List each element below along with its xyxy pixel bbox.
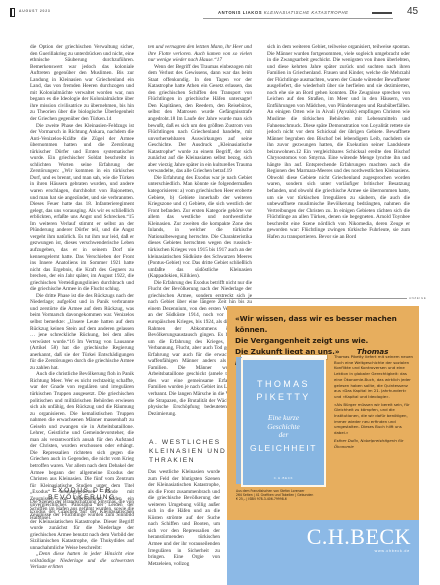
book-details: Aus dem Französischen von Stefan Lorenze…: [236, 490, 346, 502]
endorsement-text: «Als Bürger müssen wir bereit sein, für …: [334, 402, 414, 436]
book-detail-line: € 25,– | ISBN 978-3-406-79998-6: [236, 498, 346, 502]
header-bar: [372, 12, 392, 14]
book-publisher: C.H.BECK: [243, 476, 324, 480]
publisher-logo[interactable]: C.H.BECK: [307, 524, 411, 550]
section-heading-west: A. WESTLICHES KLEINASIEN UND THRAKIEN: [149, 438, 229, 465]
running-header: August 2023 ANTONIS LIAKOS KLEINASIATISC…: [0, 0, 440, 30]
book-subtitle-line: der: [243, 431, 324, 440]
article-column-1: die Option der griechischen Verwaltung s…: [30, 44, 134, 522]
page-number: 45: [407, 6, 418, 17]
blurb-text: Thomas Piketty liefert mit seinem neuen …: [334, 354, 414, 400]
paragraph: die Option der griechischen Verwaltung s…: [30, 44, 134, 123]
book-advertisement[interactable]: «Wir wissen, dass wir es besser machen k…: [227, 306, 419, 585]
book-author-last: PIKETTY: [243, 392, 324, 402]
paragraph: Die Erfahrung des Exodus war je nach Geb…: [148, 175, 252, 280]
book-cover-image[interactable]: THOMAS PIKETTY Eine kurze Geschichte der…: [236, 354, 324, 484]
book-title: GLEICHHEIT: [243, 443, 324, 453]
running-author: ANTONIS LIAKOS: [218, 10, 262, 15]
quote-line: Die Vergangenheit zeigt uns wie.: [235, 335, 415, 346]
article-column-1-exodus: Die Szenen der Brandschatzung Smyrnas, d…: [30, 499, 134, 571]
article-column-3: sich in dem weiteren Gebiet, teilweise o…: [267, 44, 410, 284]
quote-line: «Wir wissen, dass wir es besser machen k…: [235, 313, 415, 335]
paragraph: Wenn der Begriff des Traumas einbezogen …: [148, 64, 252, 175]
magazine-logo-icon: [10, 8, 15, 17]
paragraph: sich in dem weiteren Gebiet, teilweise o…: [267, 44, 410, 240]
publisher-url[interactable]: www.chbeck.de: [375, 549, 410, 553]
ad-divider: [200, 298, 407, 299]
issue-date: August 2023: [19, 9, 51, 13]
book-author-first: THOMAS: [243, 379, 324, 389]
book-subtitle: Eine kurze Geschichte der: [243, 414, 324, 440]
header-rule: [203, 18, 393, 19]
paragraph: Die dritte Phase ist die des Rückzugs na…: [30, 293, 134, 372]
paragraph: Die Szenen der Brandschatzung Smyrnas, d…: [30, 499, 134, 551]
paragraph: Das westliche Kleinasien wurde zum Feld …: [148, 469, 220, 567]
ad-label: ANZEIGE: [409, 296, 426, 300]
book-cover: THOMAS PIKETTY Eine kurze Geschichte der…: [241, 358, 326, 487]
endorser: Esther Duflo, Nobelpreisträgerin für Öko…: [334, 438, 414, 449]
paragraph: ten und vernagten den letzten Mann, ihr …: [148, 44, 252, 64]
running-title: ANTONIS LIAKOS KLEINASIATISCHE KATASTROP…: [218, 10, 349, 15]
running-article-title: KLEINASIATISCHE KATASTROPHE: [264, 10, 349, 15]
quote-paragraph: „Denn diese hatten in jeder Hinsicht ein…: [30, 551, 134, 571]
ad-blurb: Thomas Piketty liefert mit seinem neuen …: [334, 354, 414, 451]
paragraph: Die zweite Phase des Kleinasien-Feldzugs…: [30, 123, 134, 293]
article-column-2-west: Das westliche Kleinasien wurde zum Feld …: [148, 469, 220, 567]
